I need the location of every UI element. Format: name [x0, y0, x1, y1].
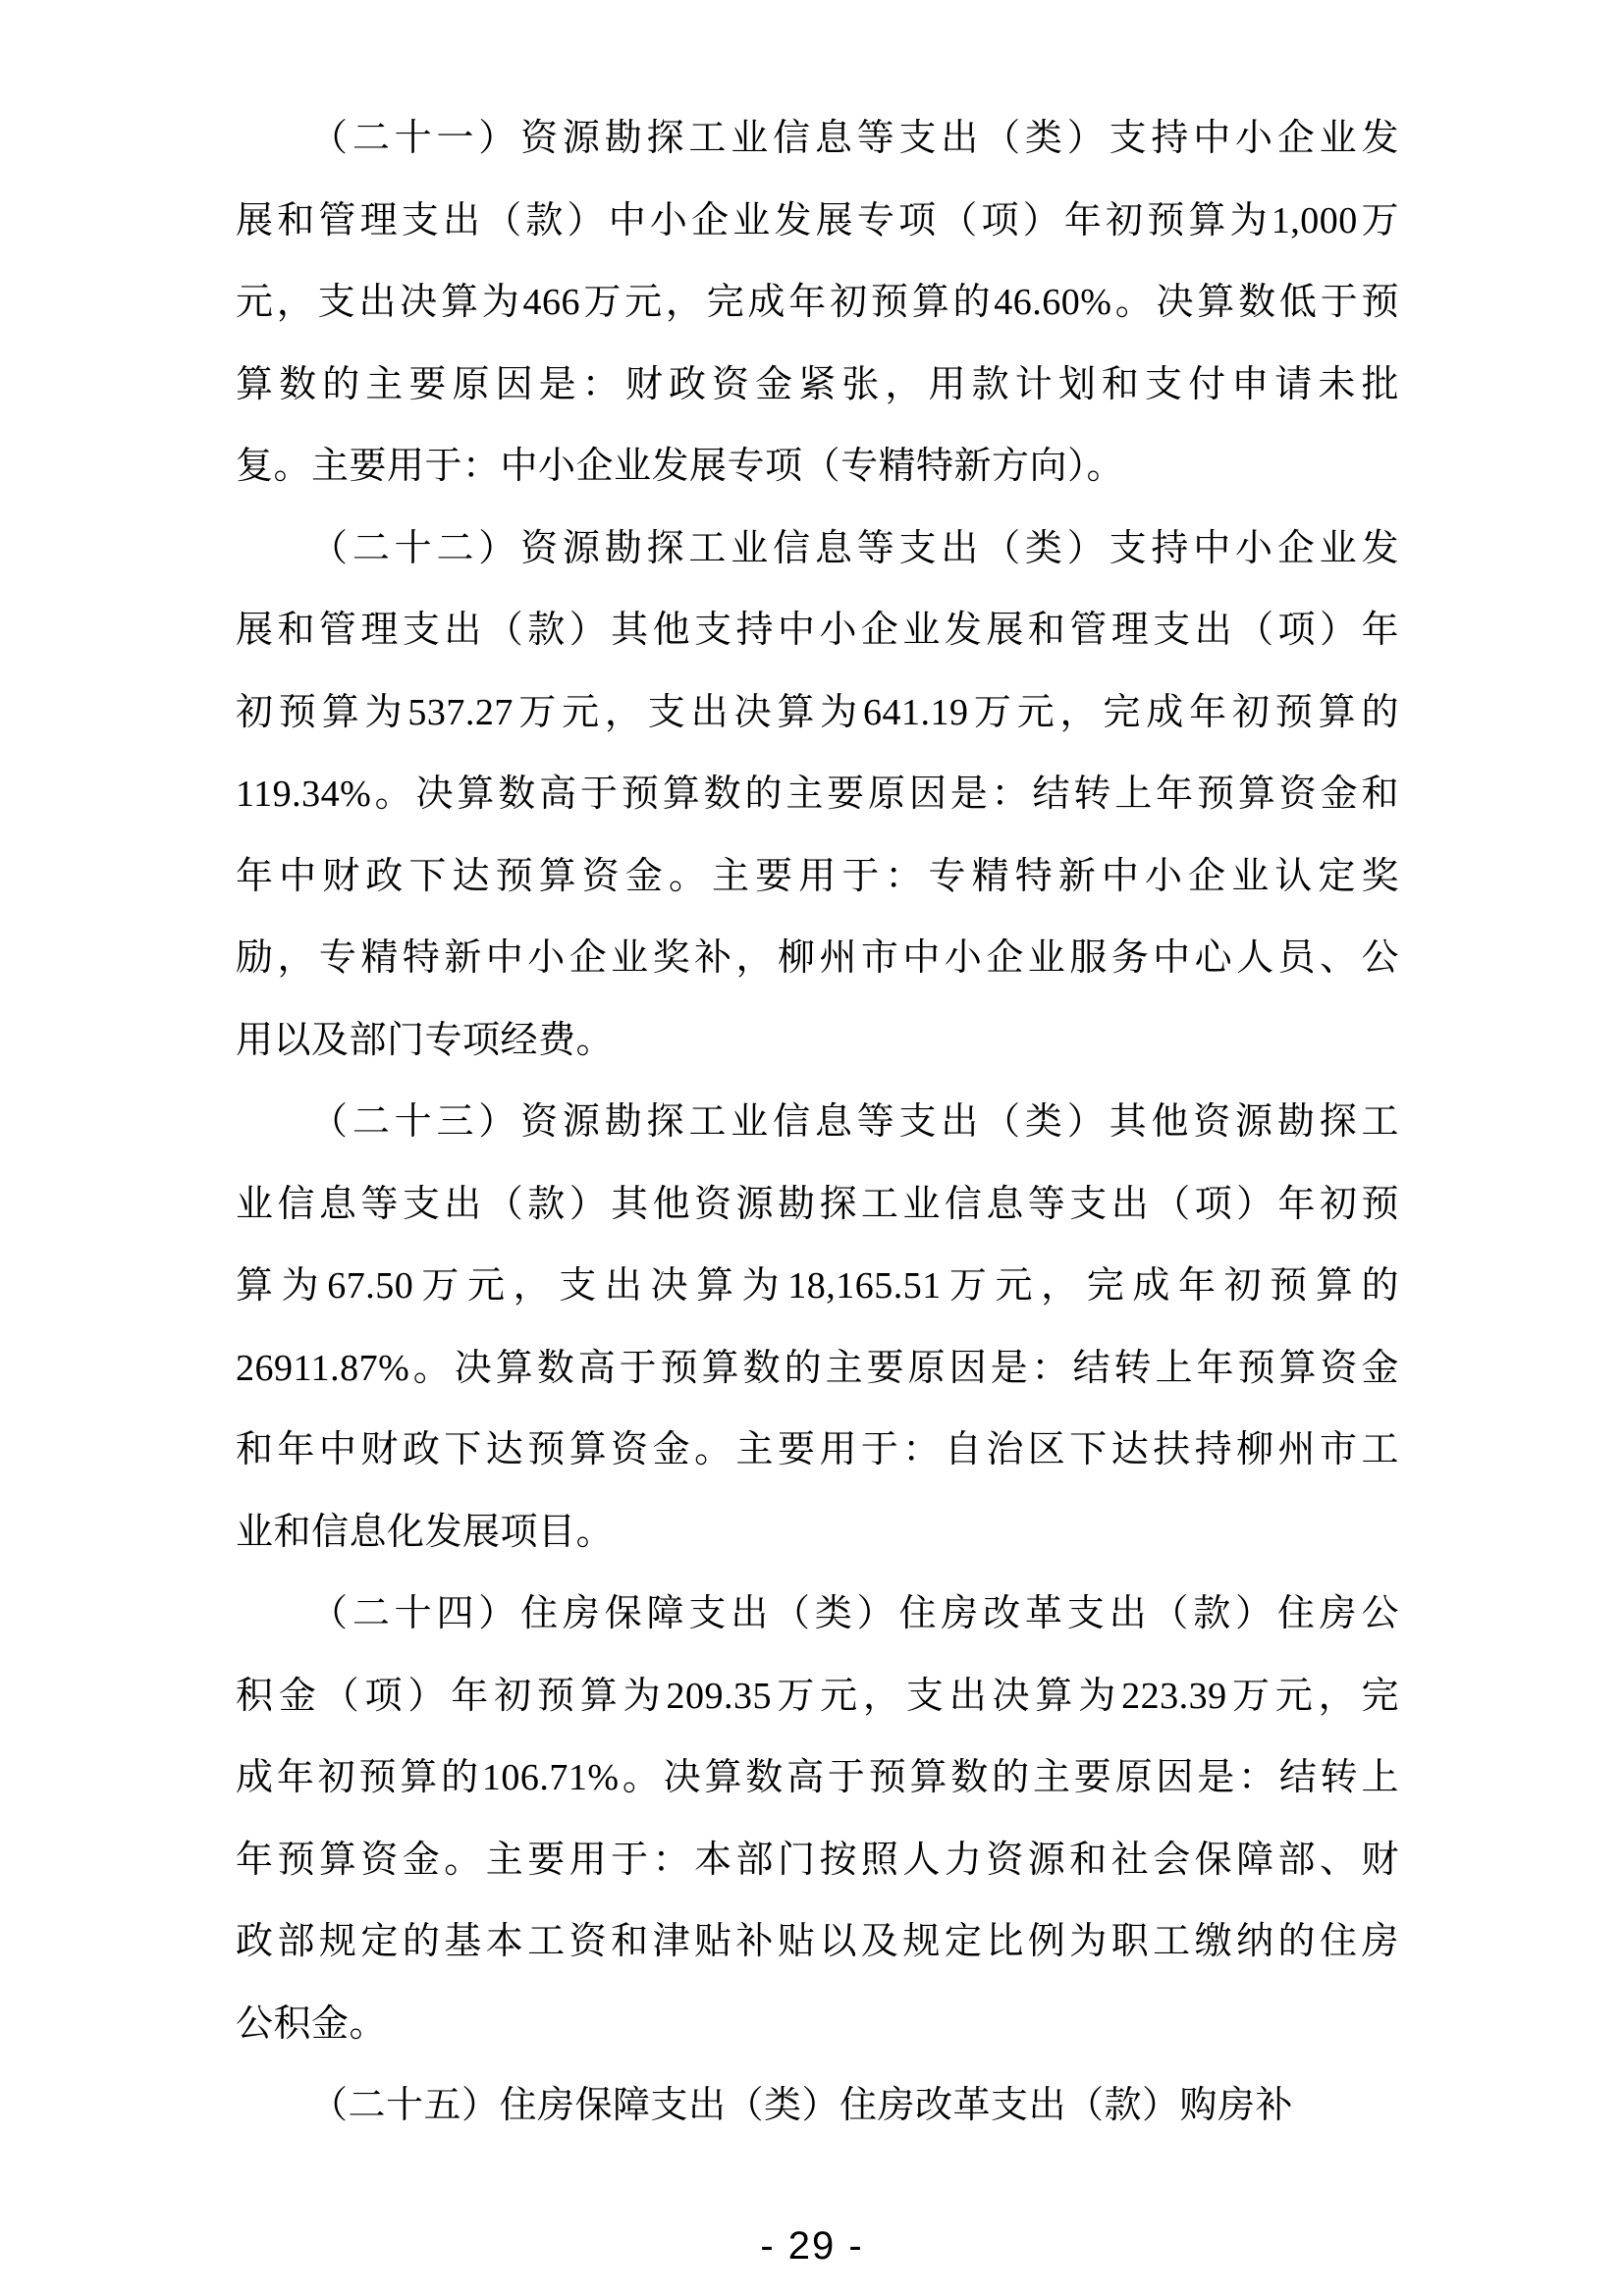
text-line: 算数的主要原因是：财政资金紧张，用款计划和支付申请未批: [236, 345, 1399, 427]
text-line: 元，支出决算为466万元，完成年初预算的46.60%。决算数低于预: [236, 262, 1399, 345]
paragraph-item-23: （二十三）资源勘探工业信息等支出（类）其他资源勘探工 业信息等支出（款）其他资源…: [236, 1082, 1399, 1574]
text-line: （二十三）资源勘探工业信息等支出（类）其他资源勘探工: [236, 1082, 1399, 1164]
text-line: （二十二）资源勘探工业信息等支出（类）支持中小企业发: [236, 508, 1399, 591]
text-line: （二十四）住房保障支出（类）住房改革支出（款）住房公: [236, 1574, 1399, 1656]
document-body: （二十一）资源勘探工业信息等支出（类）支持中小企业发 展和管理支出（款）中小企业…: [236, 98, 1399, 2148]
text-line: 复。主要用于：中小企业发展专项（专精特新方向）。: [236, 426, 1399, 508]
text-line: 积金（项）年初预算为209.35万元，支出决算为223.39万元，完: [236, 1656, 1399, 1738]
text-line: 和年中财政下达预算资金。主要用于：自治区下达扶持柳州市工: [236, 1410, 1399, 1492]
text-line: 业信息等支出（款）其他资源勘探工业信息等支出（项）年初预: [236, 1164, 1399, 1247]
paragraph-item-25: （二十五）住房保障支出（类）住房改革支出（款）购房补: [236, 2065, 1399, 2148]
text-line: 展和管理支出（款）其他支持中小企业发展和管理支出（项）年: [236, 590, 1399, 672]
text-line: 政部规定的基本工资和津贴补贴以及规定比例为职工缴纳的住房: [236, 1901, 1399, 1984]
page-number: - 29 -: [0, 2216, 1624, 2275]
paragraph-item-22: （二十二）资源勘探工业信息等支出（类）支持中小企业发 展和管理支出（款）其他支持…: [236, 508, 1399, 1083]
text-line: 算为67.50万元，支出决算为18,165.51万元，完成年初预算的: [236, 1246, 1399, 1328]
text-line: 成年初预算的106.71%。决算数高于预算数的主要原因是：结转上: [236, 1737, 1399, 1820]
paragraph-item-21: （二十一）资源勘探工业信息等支出（类）支持中小企业发 展和管理支出（款）中小企业…: [236, 98, 1399, 508]
text-line: 26911.87%。决算数高于预算数的主要原因是：结转上年预算资金: [236, 1328, 1399, 1411]
text-line: （二十一）资源勘探工业信息等支出（类）支持中小企业发: [236, 98, 1399, 181]
text-line: （二十五）住房保障支出（类）住房改革支出（款）购房补: [236, 2065, 1399, 2148]
text-line: 励，专精特新中小企业奖补，柳州市中小企业服务中心人员、公: [236, 918, 1399, 1000]
document-page: （二十一）资源勘探工业信息等支出（类）支持中小企业发 展和管理支出（款）中小企业…: [0, 0, 1624, 2296]
paragraph-item-24: （二十四）住房保障支出（类）住房改革支出（款）住房公 积金（项）年初预算为209…: [236, 1574, 1399, 2065]
text-line: 初预算为537.27万元，支出决算为641.19万元，完成年初预算的: [236, 672, 1399, 755]
text-line: 公积金。: [236, 1984, 1399, 2066]
text-line: 年预算资金。主要用于：本部门按照人力资源和社会保障部、财: [236, 1820, 1399, 1902]
text-line: 业和信息化发展项目。: [236, 1492, 1399, 1575]
text-line: 展和管理支出（款）中小企业发展专项（项）年初预算为1,000万: [236, 181, 1399, 263]
text-line: 119.34%。决算数高于预算数的主要原因是：结转上年预算资金和: [236, 754, 1399, 836]
text-line: 用以及部门专项经费。: [236, 1000, 1399, 1083]
text-line: 年中财政下达预算资金。主要用于：专精特新中小企业认定奖: [236, 836, 1399, 919]
